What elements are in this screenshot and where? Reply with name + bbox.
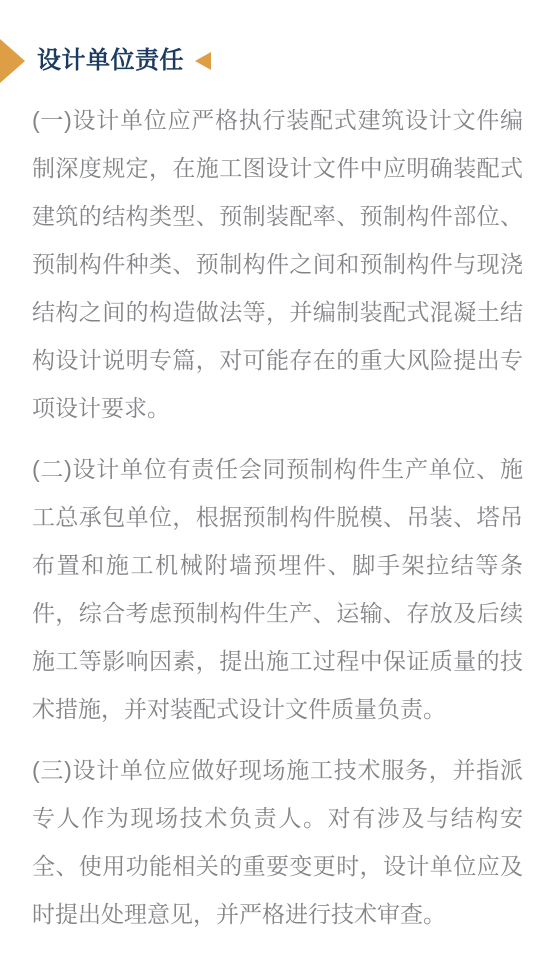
section-body: (一)设计单位应严格执行装配式建筑设计文件编制深度规定，在施工图设计文件中应明确… — [32, 96, 523, 938]
gold-left-triangle-icon — [195, 52, 211, 70]
paragraph-3: (三)设计单位应做好现场施工技术服务，并指派专人作为现场技术负责人。对有涉及与结… — [32, 746, 523, 938]
gold-right-triangle-icon — [0, 39, 25, 83]
paragraph-1: (一)设计单位应严格执行装配式建筑设计文件编制深度规定，在施工图设计文件中应明确… — [32, 96, 523, 432]
paragraph-2: (二)设计单位有责任会同预制构件生产单位、施工总承包单位，根据预制构件脱模、吊装… — [32, 445, 523, 733]
document-page: 设计单位责任 (一)设计单位应严格执行装配式建筑设计文件编制深度规定，在施工图设… — [0, 0, 550, 974]
section-header: 设计单位责任 — [0, 38, 550, 84]
section-title: 设计单位责任 — [37, 49, 184, 73]
